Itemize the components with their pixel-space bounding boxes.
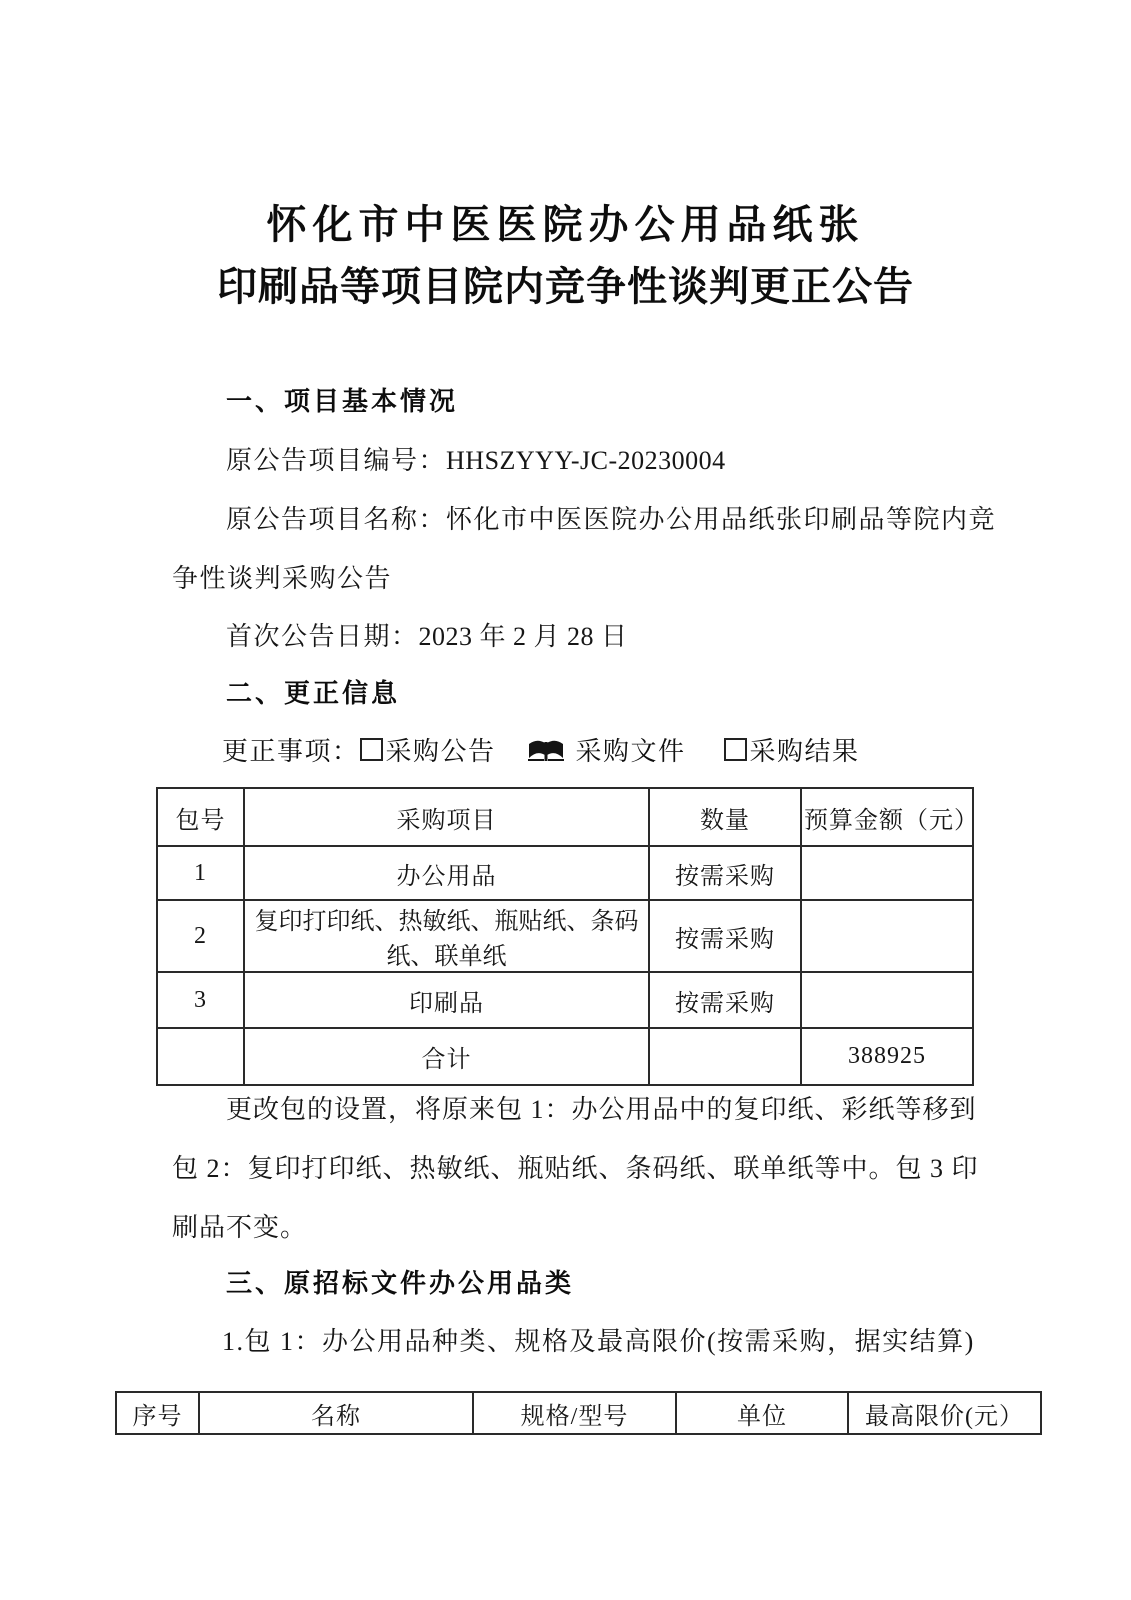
cell-qty: 按需采购 <box>649 846 801 900</box>
header-name: 名称 <box>199 1392 473 1434</box>
correction-paragraph-line-2: 包 2：复印打印纸、热敏纸、瓶贴纸、条码纸、联单纸等中。包 3 印 <box>172 1148 979 1185</box>
document-page: 怀化市中医医院办公用品纸张 印刷品等项目院内竞争性谈判更正公告 一、项目基本情况… <box>0 0 1131 1600</box>
cell-qty: 按需采购 <box>649 972 801 1028</box>
header-quantity: 数量 <box>649 788 801 846</box>
project-name-part1: 怀化市中医医院办公用品纸张印刷品等院内竞 <box>446 505 996 534</box>
cell-no: 2 <box>157 900 244 972</box>
cell-no <box>157 1028 244 1085</box>
cell-item: 印刷品 <box>244 972 649 1028</box>
package-row-total: 合计 388925 <box>157 1028 973 1085</box>
items-table: 序号 名称 规格/型号 单位 最高限价(元） <box>115 1391 1042 1435</box>
header-procurement-item: 采购项目 <box>244 788 649 846</box>
correction-items-line: 更正事项： 采购公告 采购文件 采购结果 <box>222 729 860 769</box>
option-label-documents: 采购文件 <box>576 731 686 768</box>
cell-qty <box>649 1028 801 1085</box>
header-max-price: 最高限价(元） <box>848 1392 1041 1434</box>
cell-no: 1 <box>157 846 244 900</box>
correction-paragraph-line-1: 更改包的设置，将原来包 1：办公用品中的复印纸、彩纸等移到 <box>226 1089 977 1126</box>
option-label-announcement: 采购公告 <box>386 731 496 768</box>
option-label-result: 采购结果 <box>750 731 860 768</box>
title-line-2: 印刷品等项目院内竞争性谈判更正公告 <box>30 256 1101 318</box>
section3-subheading: 1.包 1：办公用品种类、规格及最高限价(按需采购，据实结算) <box>222 1321 975 1358</box>
cell-no: 3 <box>157 972 244 1028</box>
package-row-2: 2 复印打印纸、热敏纸、瓶贴纸、条码纸、联单纸 按需采购 <box>157 900 973 972</box>
open-book-icon <box>526 737 566 769</box>
project-name-line-1: 原公告项目名称：怀化市中医医院办公用品纸张印刷品等院内竞 <box>226 499 996 536</box>
cell-qty: 按需采购 <box>649 900 801 972</box>
project-name-label: 原公告项目名称： <box>226 505 446 534</box>
package-row-1: 1 办公用品 按需采购 <box>157 846 973 900</box>
project-number-value: HHSZYYY-JC-20230004 <box>446 446 726 475</box>
header-serial-no: 序号 <box>116 1392 199 1434</box>
cell-item: 复印打印纸、热敏纸、瓶贴纸、条码纸、联单纸 <box>244 900 649 972</box>
header-unit: 单位 <box>676 1392 848 1434</box>
items-table-header-row: 序号 名称 规格/型号 单位 最高限价(元） <box>116 1392 1041 1434</box>
section2-heading: 二、更正信息 <box>226 673 400 710</box>
checkbox-procurement-announcement <box>360 738 383 761</box>
first-date-label: 首次公告日期： <box>226 622 419 651</box>
checkbox-procurement-result <box>724 738 747 761</box>
header-budget: 预算金额（元） <box>801 788 973 846</box>
document-title: 怀化市中医医院办公用品纸张 印刷品等项目院内竞争性谈判更正公告 <box>30 194 1101 318</box>
project-number-label: 原公告项目编号： <box>226 446 446 475</box>
title-line-1: 怀化市中医医院办公用品纸张 <box>30 194 1101 256</box>
section1-heading: 一、项目基本情况 <box>226 381 458 418</box>
correction-label: 更正事项： <box>222 731 360 768</box>
section3-heading: 三、原招标文件办公用品类 <box>226 1263 574 1300</box>
cell-budget <box>801 846 973 900</box>
cell-budget-total: 388925 <box>801 1028 973 1085</box>
correction-paragraph-line-3: 刷品不变。 <box>172 1207 307 1244</box>
cell-item: 合计 <box>244 1028 649 1085</box>
project-number-line: 原公告项目编号：HHSZYYY-JC-20230004 <box>226 440 726 477</box>
cell-item: 办公用品 <box>244 846 649 900</box>
package-table-header-row: 包号 采购项目 数量 预算金额（元） <box>157 788 973 846</box>
header-spec-model: 规格/型号 <box>473 1392 676 1434</box>
header-package-no: 包号 <box>157 788 244 846</box>
cell-budget <box>801 972 973 1028</box>
project-name-line-2: 争性谈判采购公告 <box>172 558 392 595</box>
first-date-line: 首次公告日期：2023 年 2 月 28 日 <box>226 616 628 653</box>
first-date-value: 2023 年 2 月 28 日 <box>419 622 628 651</box>
cell-budget <box>801 900 973 972</box>
package-row-3: 3 印刷品 按需采购 <box>157 972 973 1028</box>
package-table: 包号 采购项目 数量 预算金额（元） 1 办公用品 按需采购 2 复印打印纸、热… <box>156 787 974 1086</box>
